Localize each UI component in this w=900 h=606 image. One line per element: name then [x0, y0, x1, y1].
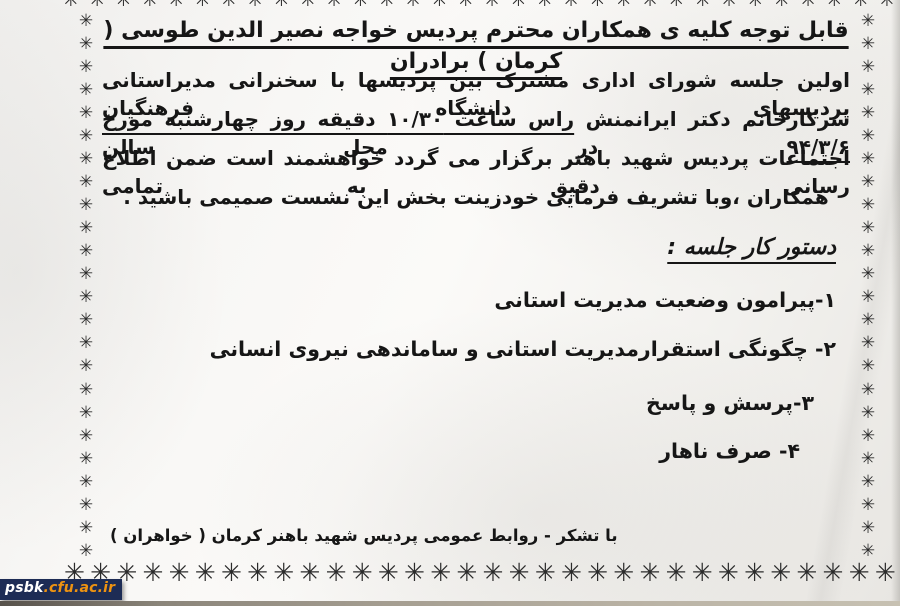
- asterisk-ornament-icon: ✳︎: [861, 497, 875, 514]
- asterisk-ornament-icon: ✳︎: [79, 474, 93, 491]
- asterisk-ornament-icon: ✳︎: [79, 266, 93, 283]
- asterisk-ornament-icon: ✳︎: [79, 82, 93, 99]
- asterisk-ornament-icon: ✳︎: [79, 358, 93, 375]
- asterisk-ornament-icon: ✳︎: [861, 543, 875, 560]
- asterisk-ornament-icon: ✳︎: [861, 105, 875, 122]
- asterisk-ornament-icon: ✳︎: [79, 36, 93, 53]
- asterisk-ornament-icon: ✳︎: [861, 243, 875, 260]
- asterisk-ornament-icon: ✳︎: [79, 128, 93, 145]
- asterisk-ornament-icon: ✳︎: [861, 405, 875, 422]
- asterisk-ornament-icon: ✳︎: [79, 497, 93, 514]
- asterisk-ornament-icon: ✳︎: [861, 197, 875, 214]
- asterisk-ornament-icon: ✳︎: [861, 266, 875, 283]
- agenda-item-1: ۱-پیرامون وضعیت مدیریت استانی: [494, 286, 836, 315]
- asterisk-ornament-icon: ✳︎: [79, 59, 93, 76]
- asterisk-ornament-icon: ✳︎: [79, 243, 93, 260]
- asterisk-ornament-icon: ✳︎: [849, 560, 870, 585]
- asterisk-ornament-icon: ✳︎: [79, 405, 93, 422]
- asterisk-ornament-icon: ✳︎: [79, 428, 93, 445]
- asterisk-ornament-icon: ✳︎: [861, 428, 875, 445]
- asterisk-ornament-icon: ✳︎: [861, 36, 875, 53]
- asterisk-ornament-icon: ✳︎: [852, 0, 870, 10]
- asterisk-ornament-icon: ✳︎: [861, 59, 875, 76]
- asterisk-ornament-icon: ✳︎: [79, 520, 93, 537]
- agenda-item-2: ۲- چگونگی استقرارمدیریت استانی و سامانده…: [210, 335, 836, 364]
- asterisk-ornament-icon: ✳︎: [861, 358, 875, 375]
- asterisk-ornament-icon: ✳︎: [861, 312, 875, 329]
- notice-content: قابل توجه کلیه ی همکاران محترم پردیس خوا…: [102, 0, 850, 606]
- asterisk-ornament-icon: ✳︎: [861, 520, 875, 537]
- asterisk-ornament-icon: ✳︎: [79, 105, 93, 122]
- asterisk-ornament-icon: ✳︎: [79, 335, 93, 352]
- asterisk-ornament-icon: ✳︎: [861, 289, 875, 306]
- watermark-domain: .cfu.ac.ir: [44, 580, 116, 596]
- scanned-notice-page: ✳︎✳︎✳︎✳︎✳︎✳︎✳︎✳︎✳︎✳︎✳︎✳︎✳︎✳︎✳︎✳︎✳︎✳︎✳︎✳︎…: [0, 0, 900, 606]
- asterisk-ornament-icon: ✳︎: [62, 0, 80, 10]
- agenda-item-4: ۴- صرف ناهار: [659, 437, 800, 466]
- notice-body-line-4: همکاران ،وبا تشریف فرمایی خودزینت بخش ای…: [102, 183, 850, 211]
- asterisk-ornament-icon: ✳︎: [79, 220, 93, 237]
- asterisk-ornament-icon: ✳︎: [861, 82, 875, 99]
- watermark-badge: psbk.cfu.ac.ir: [0, 579, 122, 600]
- asterisk-ornament-icon: ✳︎: [79, 543, 93, 560]
- asterisk-ornament-icon: ✳︎: [79, 382, 93, 399]
- asterisk-ornament-icon: ✳︎: [79, 13, 93, 30]
- agenda-item-3: ۳-پرسش و پاسخ: [646, 389, 814, 418]
- watermark-site-name: psbk: [5, 580, 44, 596]
- asterisk-ornament-icon: ✳︎: [79, 451, 93, 468]
- body-line-2-prefix: سرکارخانم دکتر ایرانمنش: [574, 107, 850, 131]
- asterisk-ornament-icon: ✳︎: [861, 220, 875, 237]
- scan-edge-right: [891, 0, 900, 601]
- asterisk-ornament-icon: ✳︎: [861, 128, 875, 145]
- scan-edge-bottom: [0, 601, 900, 606]
- asterisk-ornament-icon: ✳︎: [79, 289, 93, 306]
- asterisk-ornament-icon: ✳︎: [79, 197, 93, 214]
- asterisk-ornament-icon: ✳︎: [861, 335, 875, 352]
- border-right-ornaments: ✳︎✳︎✳︎✳︎✳︎✳︎✳︎✳︎✳︎✳︎✳︎✳︎✳︎✳︎✳︎✳︎✳︎✳︎✳︎✳︎…: [858, 13, 878, 560]
- asterisk-ornament-icon: ✳︎: [861, 451, 875, 468]
- agenda-heading: دستور کار جلسه :: [667, 233, 836, 264]
- signature-line: با تشکر - روابط عمومی پردیس شهید باهنر ک…: [110, 524, 618, 547]
- asterisk-ornament-icon: ✳︎: [79, 312, 93, 329]
- asterisk-ornament-icon: ✳︎: [79, 174, 93, 191]
- asterisk-ornament-icon: ✳︎: [861, 474, 875, 491]
- asterisk-ornament-icon: ✳︎: [861, 13, 875, 30]
- asterisk-ornament-icon: ✳︎: [79, 151, 93, 168]
- border-left-ornaments: ✳︎✳︎✳︎✳︎✳︎✳︎✳︎✳︎✳︎✳︎✳︎✳︎✳︎✳︎✳︎✳︎✳︎✳︎✳︎✳︎…: [76, 13, 96, 560]
- asterisk-ornament-icon: ✳︎: [861, 151, 875, 168]
- asterisk-ornament-icon: ✳︎: [861, 174, 875, 191]
- asterisk-ornament-icon: ✳︎: [861, 382, 875, 399]
